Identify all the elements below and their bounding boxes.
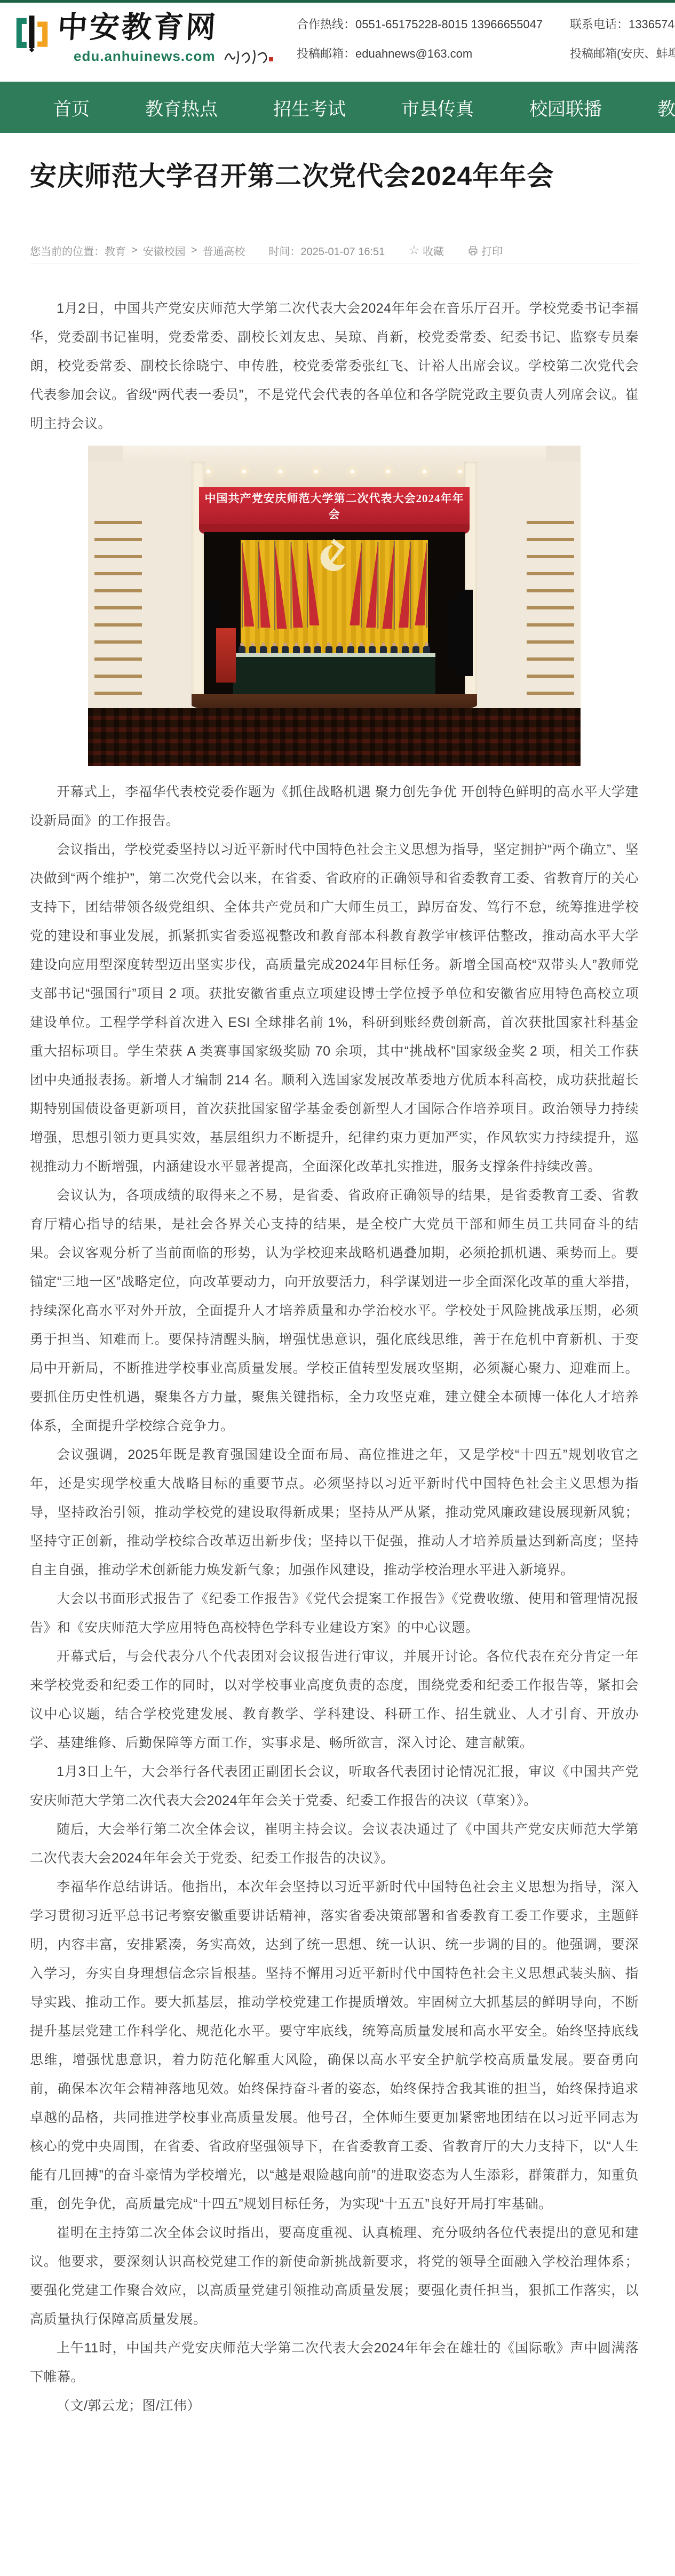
site-name: 中安教育网 — [57, 11, 275, 43]
calligraphy-signature-icon — [223, 46, 274, 66]
breadcrumb: 您当前的位置： 教育 > 安徽校园 > 普通高校 时间：2025-01-07 1… — [30, 243, 639, 258]
breadcrumb-separator: > — [191, 244, 197, 257]
breadcrumb-link-regular-universities[interactable]: 普通高校 — [202, 243, 245, 258]
photo-table-top — [233, 653, 435, 657]
collect-button[interactable]: ☆ 收藏 — [409, 243, 444, 258]
article-paragraph: 1月2日，中国共产党安庆师范大学第二次代表大会2024年年会在音乐厅召开。学校党… — [30, 294, 639, 438]
regional-submission-email: 投稿邮箱(安庆、蚌埠 — [570, 45, 675, 61]
photo-ceiling-lights — [207, 470, 463, 473]
article-paragraph: 崔明在主持第二次全体会议时指出，要高度重视、认真梳理、充分吸纳各位代表提出的意见… — [30, 2218, 639, 2334]
article-paragraph: 大会以书面形式报告了《纪委工作报告》《党代会提案工作报告》《党费收缴、使用和管理… — [30, 1584, 639, 1642]
photo-stage-banner: 中国共产党安庆师范大学第二次代表大会2024年年会 — [199, 487, 470, 524]
nav-item-city-county-news[interactable]: 市县传真 — [401, 94, 474, 121]
article-byline: （文/郭云龙；图/江伟） — [30, 2391, 639, 2420]
cooperation-hotline: 合作热线：0551-65175228-8015 13966655047 — [297, 15, 543, 32]
conference-photo: 中国共产党安庆师范大学第二次代表大会2024年年会 — [88, 446, 581, 766]
article-paragraph: 上午11时，中国共产党安庆师范大学第二次代表大会2024年年会在雄壮的《国际歌》… — [30, 2334, 639, 2391]
article-paragraph: 李福华作总结讲话。他指出，本次年会坚持以习近平新时代中国特色社会主义思想为指导，… — [30, 1873, 639, 2218]
photo-right-wall — [477, 462, 581, 715]
article-paragraph: 会议指出，学校党委坚持以习近平新时代中国特色社会主义思想为指导，坚定拥护“两个确… — [30, 835, 639, 1181]
breadcrumb-separator: > — [131, 244, 138, 257]
article-paragraph: 开幕式上，李福华代表校党委作题为《抓住战略机遇 聚力创先争优 开创特色鲜明的高水… — [30, 778, 639, 835]
contact-phone: 联系电话：133657438 — [570, 15, 675, 32]
photo-podium — [216, 628, 236, 683]
breadcrumb-link-anhui-campus[interactable]: 安徽校园 — [143, 243, 186, 258]
main-nav: 首页 教育热点 招生考试 市县传真 校园联播 教育 — [0, 82, 675, 133]
printer-icon — [468, 246, 478, 256]
article-paragraph: 开幕式后，与会代表分八个代表团对会议报告进行审议，并展开讨论。各位代表在充分肯定… — [30, 1642, 639, 1757]
submission-email: 投稿邮箱：eduahnews@163.com — [297, 45, 543, 61]
article-body: 1月2日，中国共产党安庆师范大学第二次代表大会2024年年会在音乐厅召开。学校党… — [30, 264, 639, 2444]
photo-table-front — [233, 657, 435, 694]
nav-item-admissions-exams[interactable]: 招生考试 — [273, 94, 346, 121]
breadcrumb-link-education[interactable]: 教育 — [105, 243, 126, 258]
collect-label: 收藏 — [423, 243, 444, 258]
nav-item-education[interactable]: 教育 — [657, 94, 675, 121]
nav-item-campus-broadcast[interactable]: 校园联播 — [529, 94, 602, 121]
nav-item-home[interactable]: 首页 — [53, 94, 90, 121]
photo-audience-seating — [88, 708, 581, 766]
article-page: 安庆师范大学召开第二次党代会2024年年会 您当前的位置： 教育 > 安徽校园 … — [0, 160, 675, 2444]
print-button[interactable]: 打印 — [468, 243, 503, 258]
article-paragraph: 会议认为，各项成绩的取得来之不易，是省委、省政府正确领导的结果，是省委教育工委、… — [30, 1181, 639, 1440]
contact-info-center: 合作热线：0551-65175228-8015 13966655047 投稿邮箱… — [297, 15, 543, 74]
breadcrumb-prefix: 您当前的位置： — [30, 243, 105, 258]
nav-item-education-hotspots[interactable]: 教育热点 — [145, 94, 218, 121]
article-paragraph: 随后，大会举行第二次全体会议，崔明主持会议。会议表决通过了《中国共产党安庆师范大… — [30, 1815, 639, 1873]
article-paragraph: 会议强调，2025年既是教育强国建设全面布局、高位推进之年，又是学校“十四五”规… — [30, 1440, 639, 1584]
article-paragraph: 1月3日上午，大会举行各代表团正副团长会议，听取各代表团讨论情况汇报，审议《中国… — [30, 1757, 639, 1815]
contact-info-right: 联系电话：133657438 投稿邮箱(安庆、蚌埠 — [570, 15, 675, 74]
photo-speaker-right-tall — [458, 590, 473, 676]
photo-left-wall — [88, 462, 192, 715]
site-domain: edu.anhuinews.com — [74, 48, 216, 65]
page-title: 安庆师范大学召开第二次党代会2024年年会 — [30, 160, 639, 193]
star-icon: ☆ — [409, 245, 419, 256]
print-label: 打印 — [481, 243, 503, 258]
logo-mark-icon — [14, 14, 50, 53]
site-header: 中安教育网 edu.anhuinews.com 合作热线：0551-651752… — [0, 3, 675, 82]
publish-time: 时间：2025-01-07 16:51 — [268, 243, 385, 258]
site-logo[interactable]: 中安教育网 edu.anhuinews.com — [14, 11, 274, 66]
photo-presidium-row — [239, 636, 431, 654]
